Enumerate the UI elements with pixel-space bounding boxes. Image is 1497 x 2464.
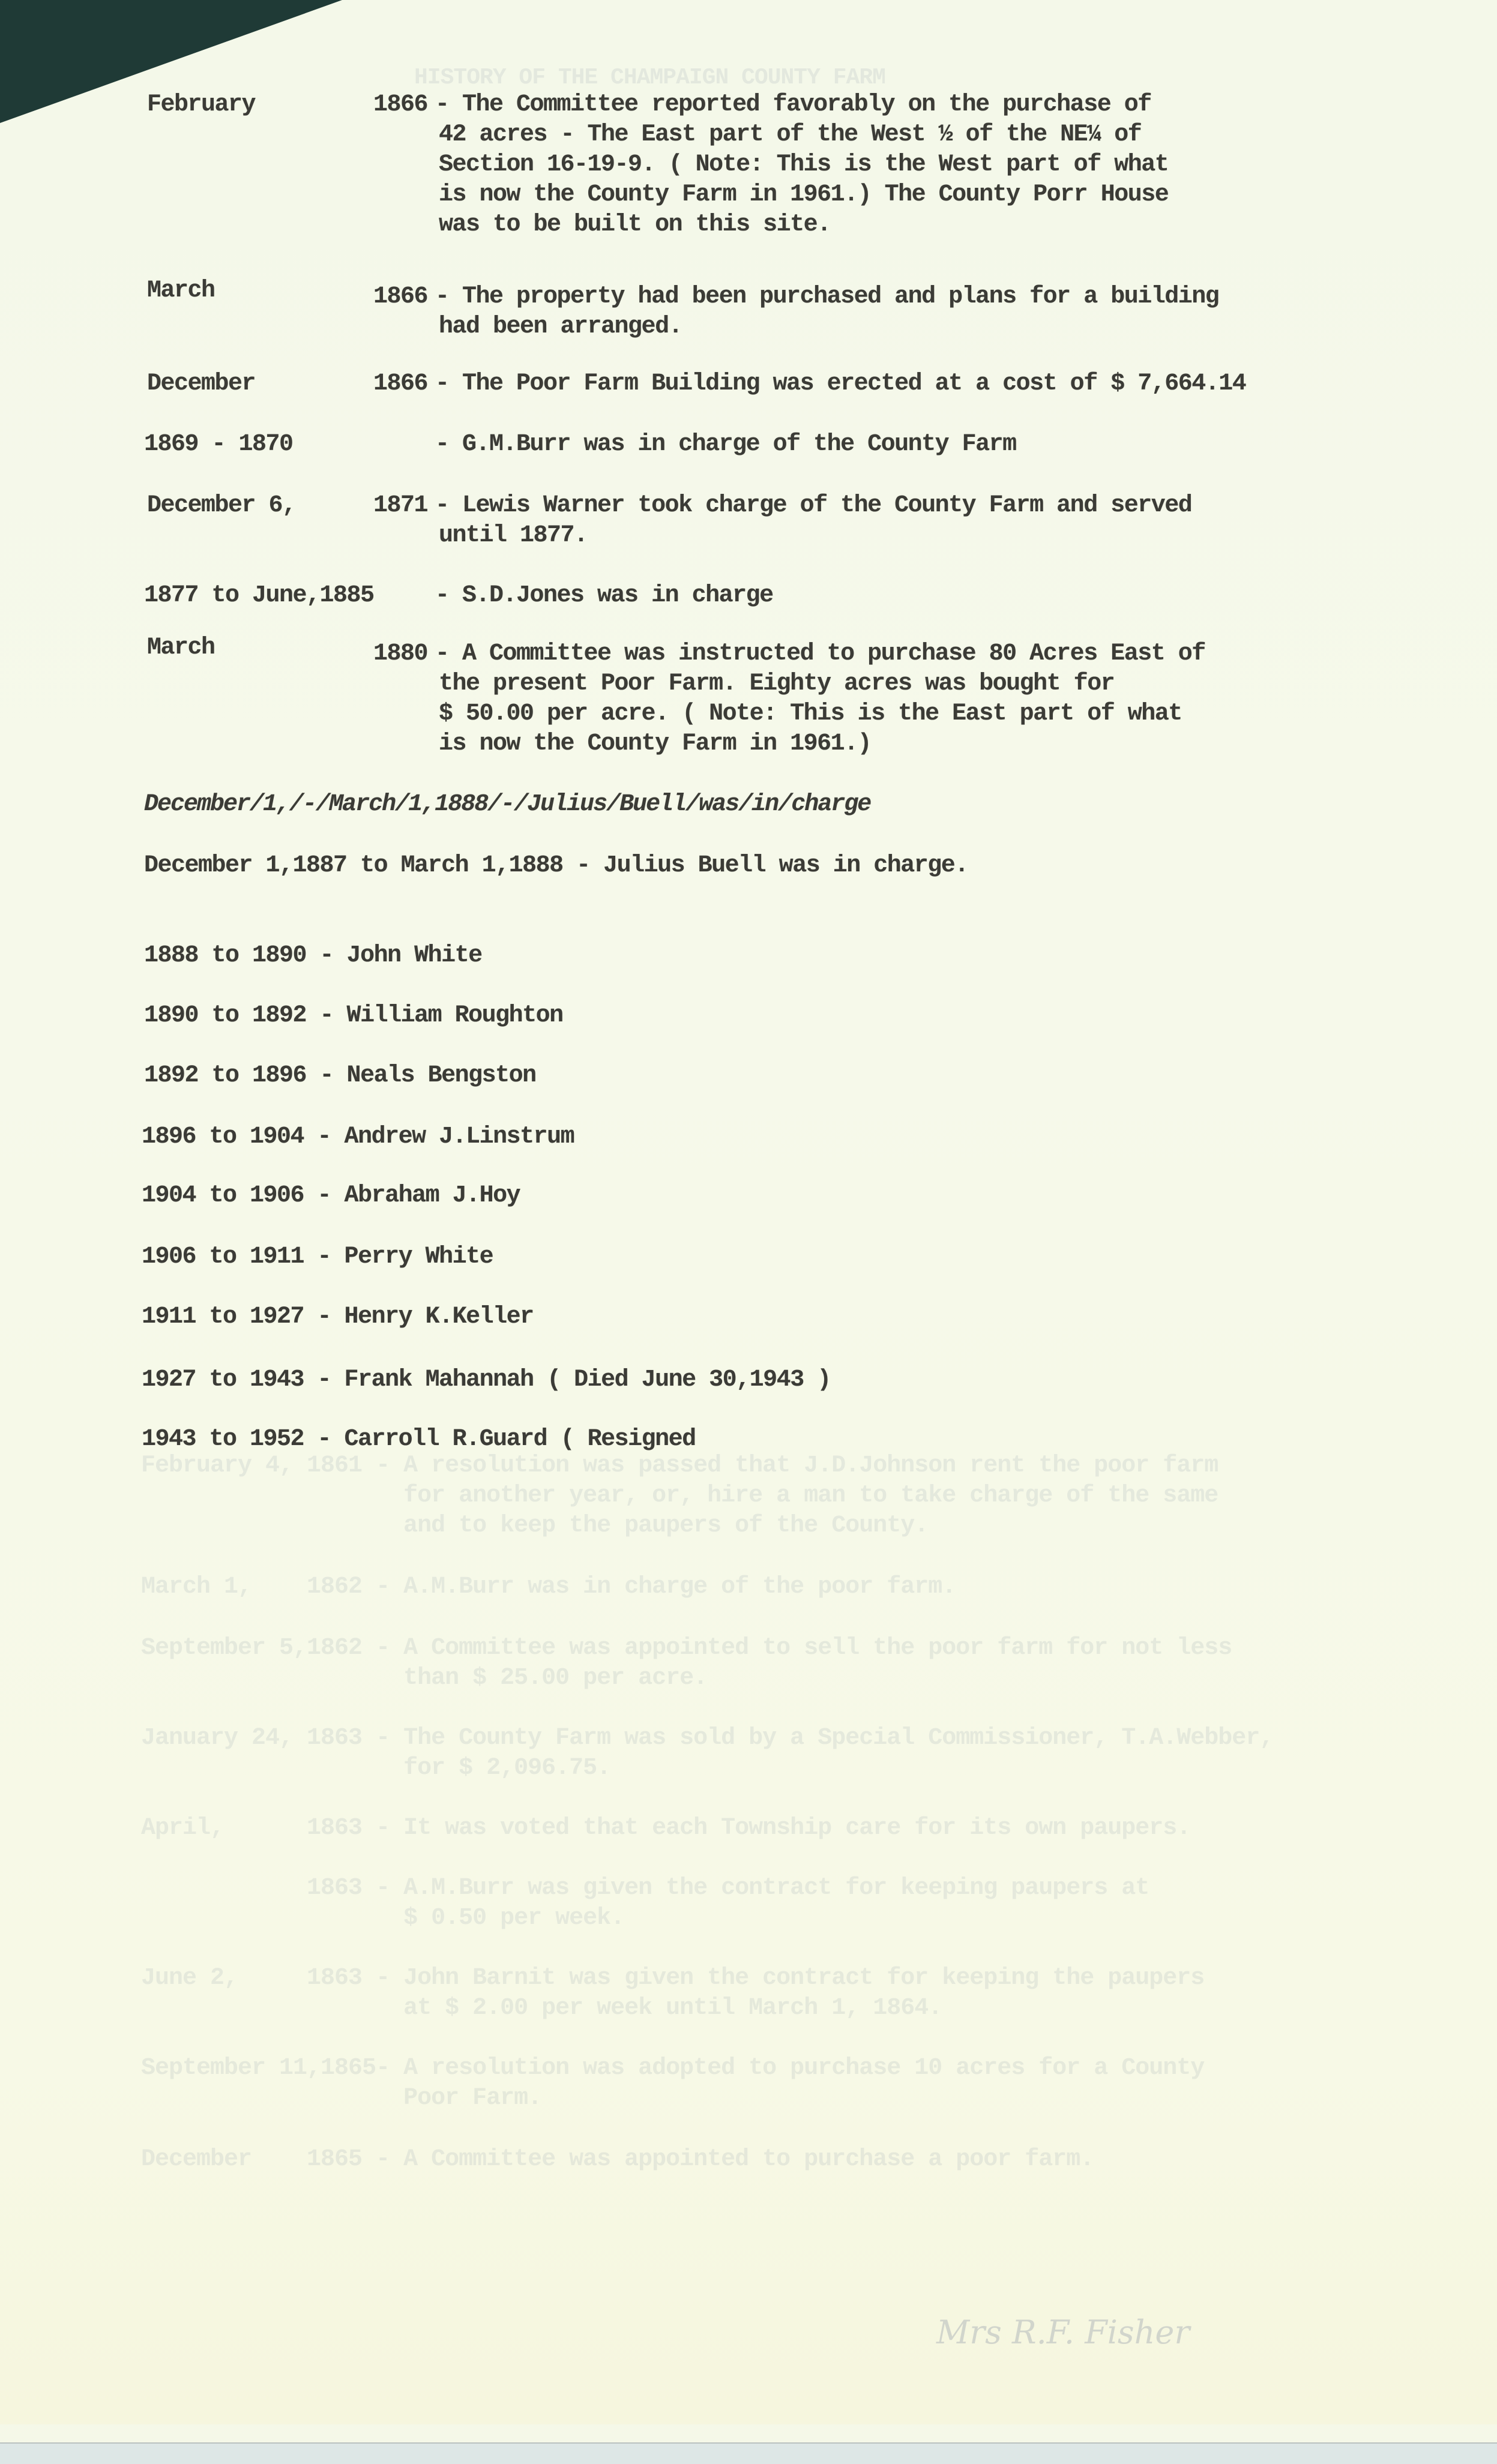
- entry-text-line: Section 16-19-9. ( Note: This is the Wes…: [439, 150, 1168, 180]
- ghost-line: December 1865 - A Committee was appointe…: [141, 2145, 1094, 2175]
- scan-bottom-edge: [0, 2442, 1497, 2464]
- ghost-line: $ 0.50 per week.: [141, 1904, 624, 1934]
- entry-text-line: was to be built on this site.: [439, 210, 831, 240]
- buell-line: December 1,1887 to March 1,1888 - Julius…: [144, 851, 968, 881]
- entry-date: December: [147, 369, 255, 399]
- ghost-line: at $ 2.00 per week until March 1, 1864.: [141, 1994, 942, 2024]
- superintendent-entry: 1904 to 1906 - Abraham J.Hoy: [142, 1181, 520, 1211]
- ghost-line: September 11,1865- A resolution was adop…: [141, 2054, 1204, 2084]
- superintendent-entry: 1890 to 1892 - William Roughton: [144, 1001, 563, 1031]
- entry-text-line: - Lewis Warner took charge of the County…: [435, 491, 1191, 521]
- entry-date: 1877 to June,1885: [144, 581, 374, 611]
- ghost-line: and to keep the paupers of the County.: [141, 1511, 928, 1541]
- superintendent-entry: 1927 to 1943 - Frank Mahannah ( Died Jun…: [142, 1365, 831, 1395]
- entry-text-line: - The property had been purchased and pl…: [435, 282, 1218, 312]
- entry-text-line: is now the County Farm in 1961.) The Cou…: [439, 180, 1168, 210]
- entry-text-line: until 1877.: [439, 521, 588, 551]
- entry-text-line: had been arranged.: [439, 312, 682, 342]
- superintendent-entry: 1896 to 1904 - Andrew J.Linstrum: [142, 1122, 574, 1152]
- ghost-line: February 4, 1861 - A resolution was pass…: [141, 1451, 1218, 1481]
- superintendent-entry: 1911 to 1927 - Henry K.Keller: [142, 1302, 534, 1332]
- ghost-line: for another year, or, hire a man to take…: [141, 1481, 1218, 1511]
- entry-date: December 6,: [147, 491, 296, 521]
- entry-year: 1866: [373, 369, 427, 399]
- ghost-line: June 2, 1863 - John Barnit was given the…: [141, 1964, 1204, 1994]
- entry-date: 1869 - 1870: [144, 430, 293, 460]
- entry-text-line: - G.M.Burr was in charge of the County F…: [435, 430, 1016, 460]
- entry-text-line: 42 acres - The East part of the West ½ o…: [439, 120, 1141, 150]
- entry-year: 1880: [373, 639, 427, 669]
- ghost-line: than $ 25.00 per acre.: [141, 1663, 707, 1693]
- entry-text-line: - A Committee was instructed to purchase…: [435, 639, 1205, 669]
- entry-text-line: - The Committee reported favorably on th…: [435, 90, 1151, 120]
- entry-date: March: [147, 276, 215, 306]
- signature: Mrs R.F. Fisher: [936, 2313, 1190, 2351]
- ghost-line: January 24, 1863 - The County Farm was s…: [141, 1723, 1273, 1753]
- superintendent-entry: 1943 to 1952 - Carroll R.Guard ( Resigne…: [142, 1425, 696, 1455]
- ghost-line: Poor Farm.: [141, 2084, 541, 2114]
- superintendent-entry: 1906 to 1911 - Perry White: [142, 1242, 493, 1272]
- ghost-line: for $ 2,096.75.: [141, 1753, 610, 1783]
- entry-date: February: [147, 90, 255, 120]
- entry-year: 1871: [373, 491, 427, 521]
- ghost-line: March 1, 1862 - A.M.Burr was in charge o…: [141, 1572, 956, 1602]
- entry-text-line: - The Poor Farm Building was erected at …: [435, 369, 1245, 399]
- entry-text-line: the present Poor Farm. Eighty acres was …: [439, 669, 1114, 699]
- ghost-line: April, 1863 - It was voted that each Tow…: [141, 1813, 1190, 1843]
- entry-year: 1866: [373, 90, 427, 120]
- ghost-line: 1863 - A.M.Burr was given the contract f…: [141, 1874, 1149, 1904]
- entry-date: March: [147, 633, 215, 663]
- struck-through-line: December/1,/-/March/1,1888/-/Julius/Buel…: [144, 790, 870, 820]
- entry-text-line: - S.D.Jones was in charge: [435, 581, 773, 611]
- entry-text-line: is now the County Farm in 1961.): [439, 729, 871, 759]
- entry-year: 1866: [373, 282, 427, 312]
- superintendent-entry: 1888 to 1890 - John White: [144, 941, 482, 971]
- ghost-heading: HISTORY OF THE CHAMPAIGN COUNTY FARM: [414, 63, 885, 93]
- ghost-line: September 5,1862 - A Committee was appoi…: [141, 1633, 1232, 1663]
- entry-text-line: $ 50.00 per acre. ( Note: This is the Ea…: [439, 699, 1182, 729]
- superintendent-entry: 1892 to 1896 - Neals Bengston: [144, 1061, 536, 1091]
